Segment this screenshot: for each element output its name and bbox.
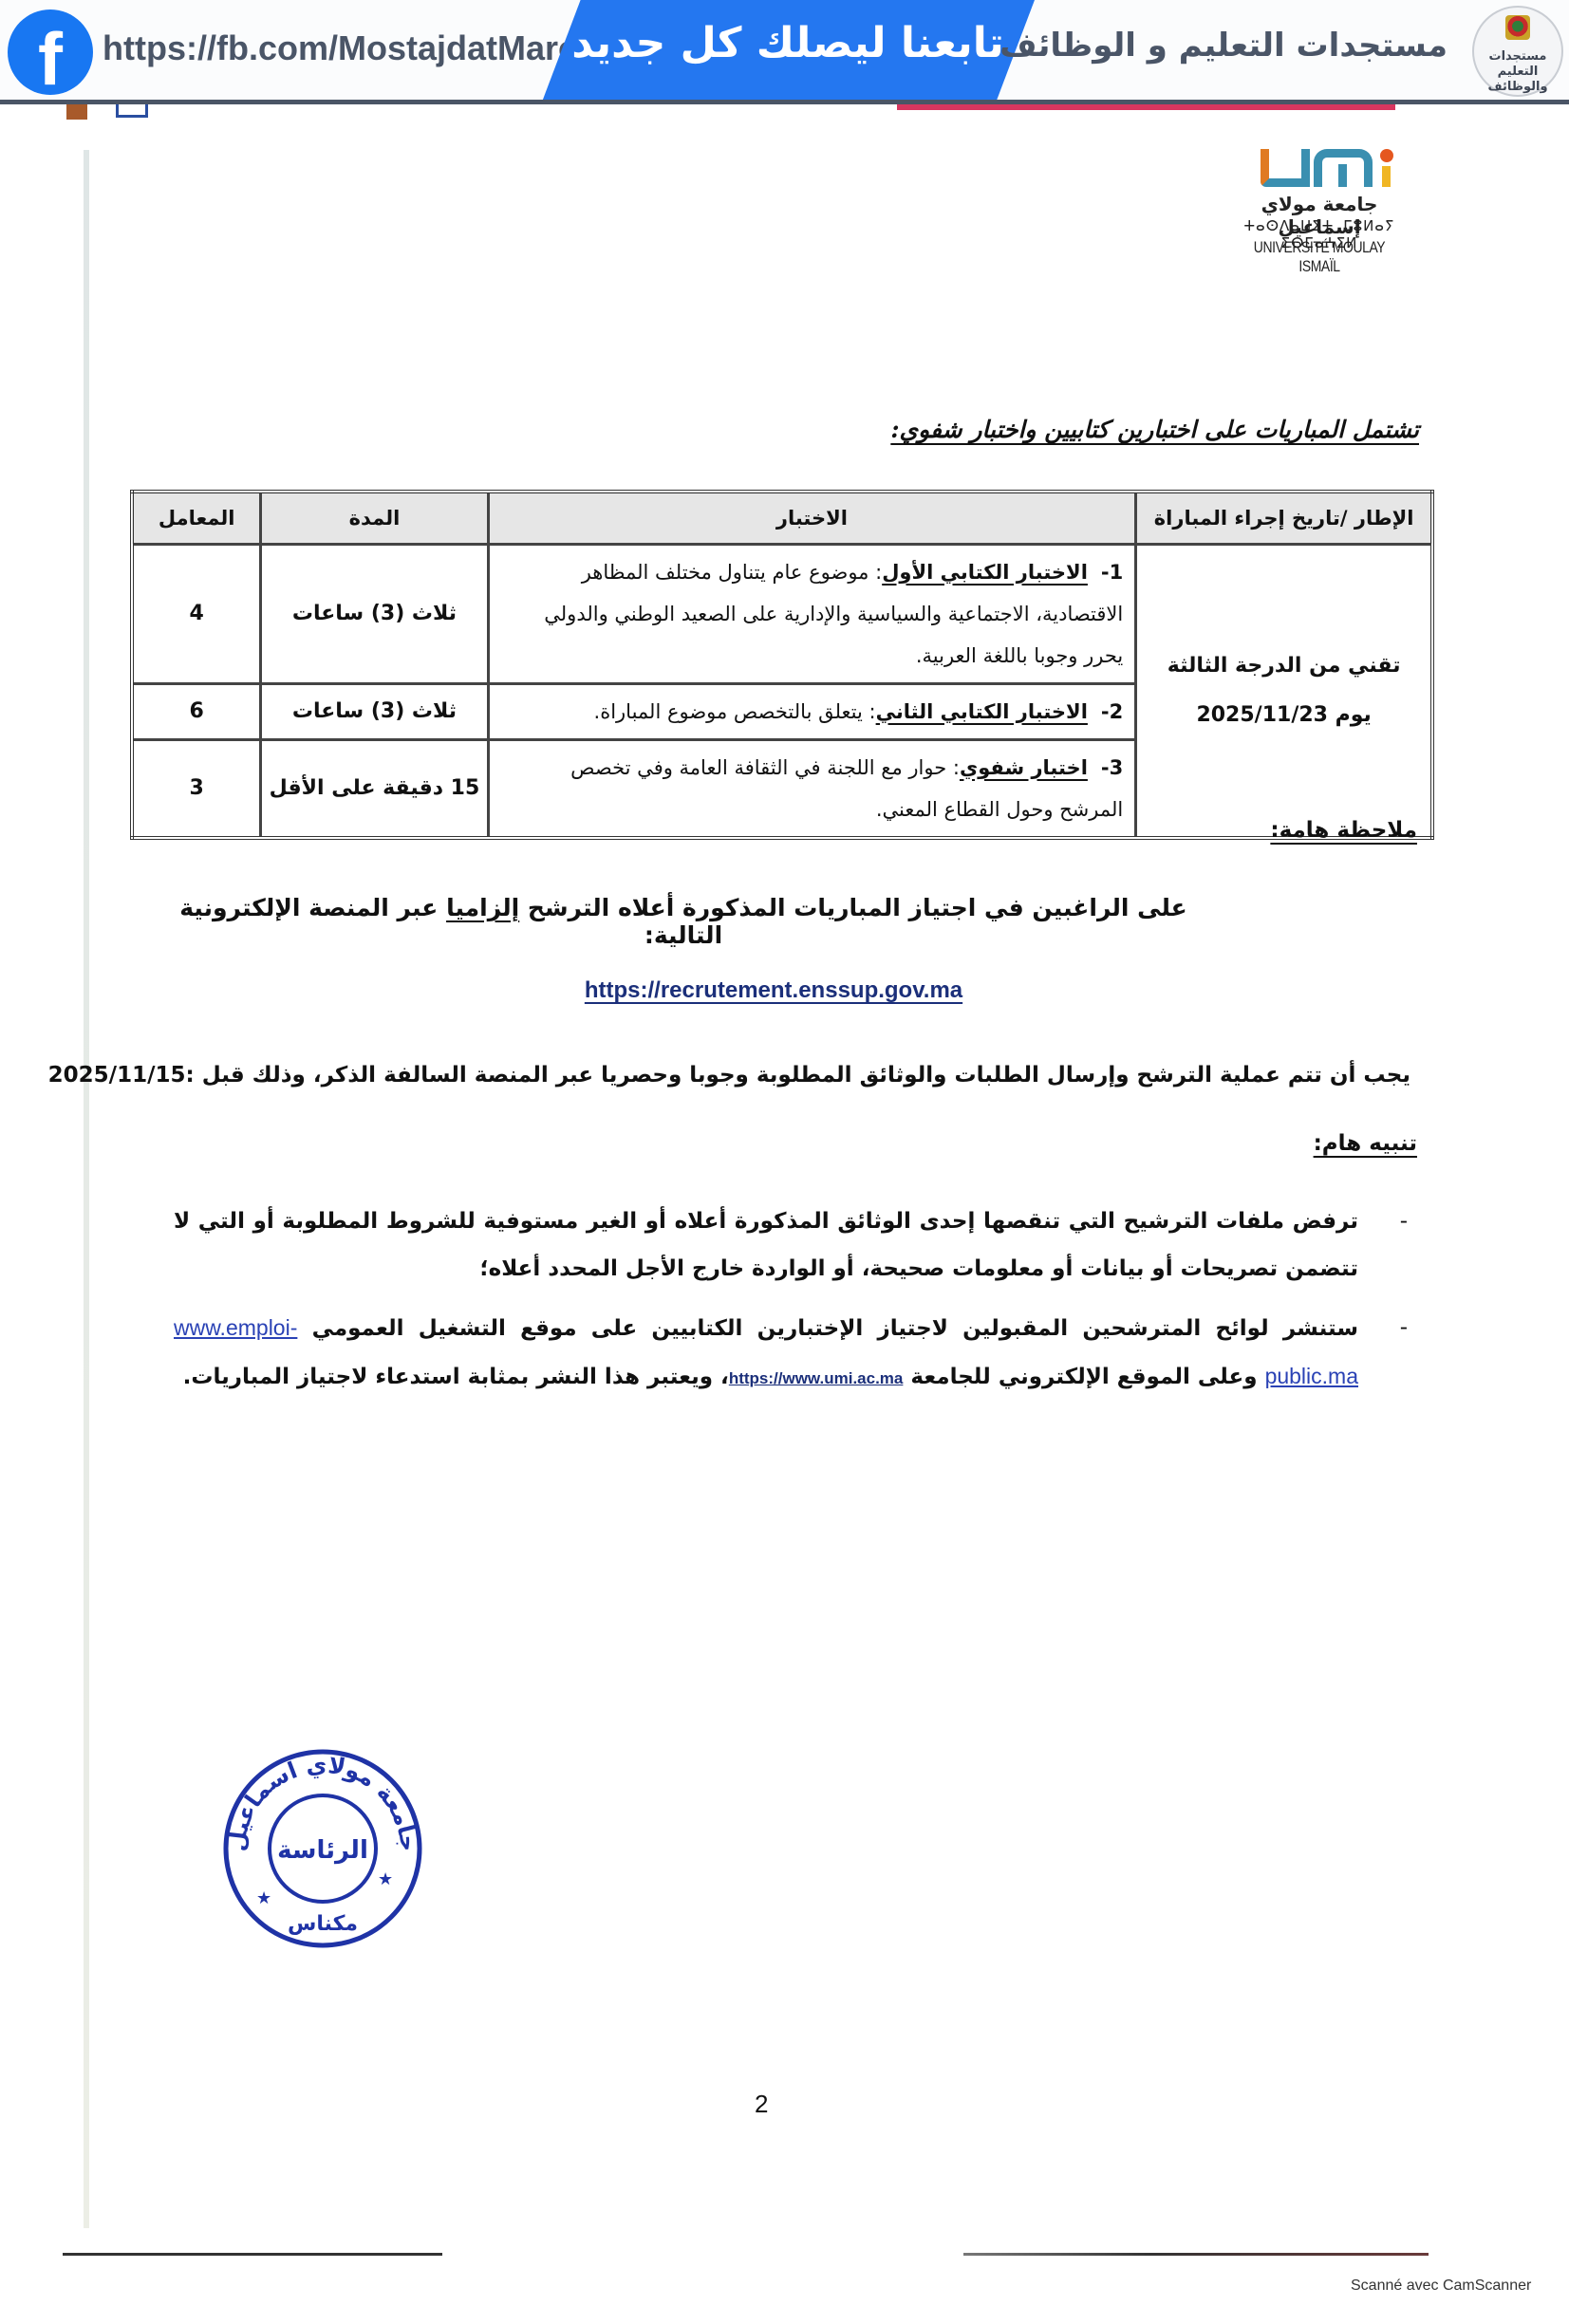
page-edge (84, 150, 89, 2228)
page-bottom-rule (963, 2253, 1429, 2256)
umi-website-link[interactable]: https://www.umi.ac.ma (729, 1369, 904, 1387)
brand-logo: مستجدات التعليم والوظائف (1472, 6, 1563, 97)
section-heading: تشتمل المباريات على اختبارين كتابيين واخ… (890, 416, 1419, 443)
frame-grade: تقني من الدرجة الثالثة (1137, 641, 1430, 691)
brand-logo-line2: والوظائف (1474, 80, 1561, 95)
warning-list: - ترفض ملفات الترشيح التي تنقصها إحدى ال… (174, 1198, 1408, 1414)
facebook-icon[interactable]: f (8, 9, 93, 95)
coefficient-cell: 4 (132, 544, 261, 683)
brand-logo-line1: مستجدات التعليم (1474, 49, 1561, 80)
test-name: الاختبار الكتابي الثاني (876, 700, 1088, 723)
facebook-page-link[interactable]: https://fb.com/MostajdatMaroc (103, 28, 598, 68)
coefficient-cell: 6 (132, 683, 261, 739)
deadline-text: يجب أن تتم عملية الترشح وإرسال الطلبات و… (48, 1063, 1410, 1088)
umi-mark-icon (1261, 149, 1403, 189)
list-item: - ترفض ملفات الترشيح التي تنقصها إحدى ال… (174, 1198, 1408, 1292)
table-header-row: الإطار /تاريخ إجراء المباراة الاختبار ال… (132, 492, 1432, 544)
bullet-text: ترفض ملفات الترشيح التي تنقصها إحدى الوث… (174, 1209, 1358, 1281)
exam-date: يوم 2025/11/23 (1137, 691, 1430, 740)
application-instruction: على الراغبين في اجتياز المباريات المذكور… (171, 894, 1196, 949)
exam-table: الإطار /تاريخ إجراء المباراة الاختبار ال… (130, 490, 1434, 840)
coefficient-cell: 3 (132, 739, 261, 838)
camscanner-watermark: Scanné avec CamScanner (1351, 2278, 1531, 2295)
mandatory-word: إلزاميا (446, 894, 519, 921)
duration-cell: ثلاث (3) ساعات (261, 544, 488, 683)
test-cell: 1-الاختبار الكتابي الأول: موضوع عام يتنا… (488, 544, 1136, 683)
stamp-seal-icon: جامعة مولاي اسماعيل الرئاسة مكناس ★ ★ (218, 1744, 427, 1953)
top-banner: f https://fb.com/MostajdatMaroc تابعنا ل… (0, 0, 1569, 102)
official-stamp: جامعة مولاي اسماعيل الرئاسة مكناس ★ ★ (218, 1744, 427, 1953)
previous-page-remnant (57, 104, 199, 121)
header-duration: المدة (261, 492, 488, 544)
star-icon: ★ (378, 1869, 393, 1889)
coat-of-arms-icon (1505, 15, 1530, 40)
star-icon: ★ (256, 1888, 271, 1908)
warning-title: تنبيه هام: (1314, 1131, 1417, 1156)
duration-cell: 15 دقيقة على الأقل (261, 739, 488, 838)
follow-us-banner: تابعنا ليصلك كل جديد (541, 0, 1035, 104)
brand-name: مستجدات التعليم و الوظائف (999, 27, 1448, 65)
stamp-inner-text: الرئاسة (277, 1836, 368, 1865)
list-item: - ستنشر لوائح المترشحين المقبولين لاجتيا… (174, 1304, 1408, 1403)
header-frame-date: الإطار /تاريخ إجراء المباراة (1136, 492, 1432, 544)
important-note-title: ملاحظة هامة: (1270, 818, 1417, 843)
table-row: تقني من الدرجة الثالثة يوم 2025/11/23 1-… (132, 544, 1432, 683)
bullet-dash: - (1400, 1198, 1408, 1245)
follow-us-text: تابعنا ليصلك كل جديد (541, 19, 1035, 67)
bullet-dash: - (1400, 1304, 1408, 1351)
header-test: الاختبار (488, 492, 1136, 544)
header-coefficient: المعامل (132, 492, 261, 544)
university-name-french: UNIVERSITÉ MOULAY ISMAÏL (1242, 238, 1397, 276)
frame-date-cell: تقني من الدرجة الثالثة يوم 2025/11/23 (1136, 544, 1432, 838)
previous-page-remnant-bar (897, 104, 1395, 110)
stamp-city: مكناس (288, 1912, 358, 1936)
page-bottom-rule (63, 2253, 442, 2256)
test-name: الاختبار الكتابي الأول (882, 561, 1088, 584)
test-cell: 2-الاختبار الكتابي الثاني: يتعلق بالتخصص… (488, 683, 1136, 739)
test-name: اختبار شفوي (960, 756, 1088, 779)
test-cell: 3-اختبار شفوي: حوار مع اللجنة في الثقافة… (488, 739, 1136, 838)
test-description: : يتعلق بالتخصص موضوع المباراة. (594, 700, 876, 723)
university-logo: جامعة مولاي إسماعيل ⵜⴰⵙⴷⴰⵡⵉⵜ ⵎⵓⵍⴰⵢ ⵉⵙⵎⴰⵄ… (1224, 147, 1414, 270)
recruitment-platform-link[interactable]: https://recrutement.enssup.gov.ma (0, 977, 1547, 1004)
duration-cell: ثلاث (3) ساعات (261, 683, 488, 739)
page-number: 2 (755, 2090, 768, 2119)
